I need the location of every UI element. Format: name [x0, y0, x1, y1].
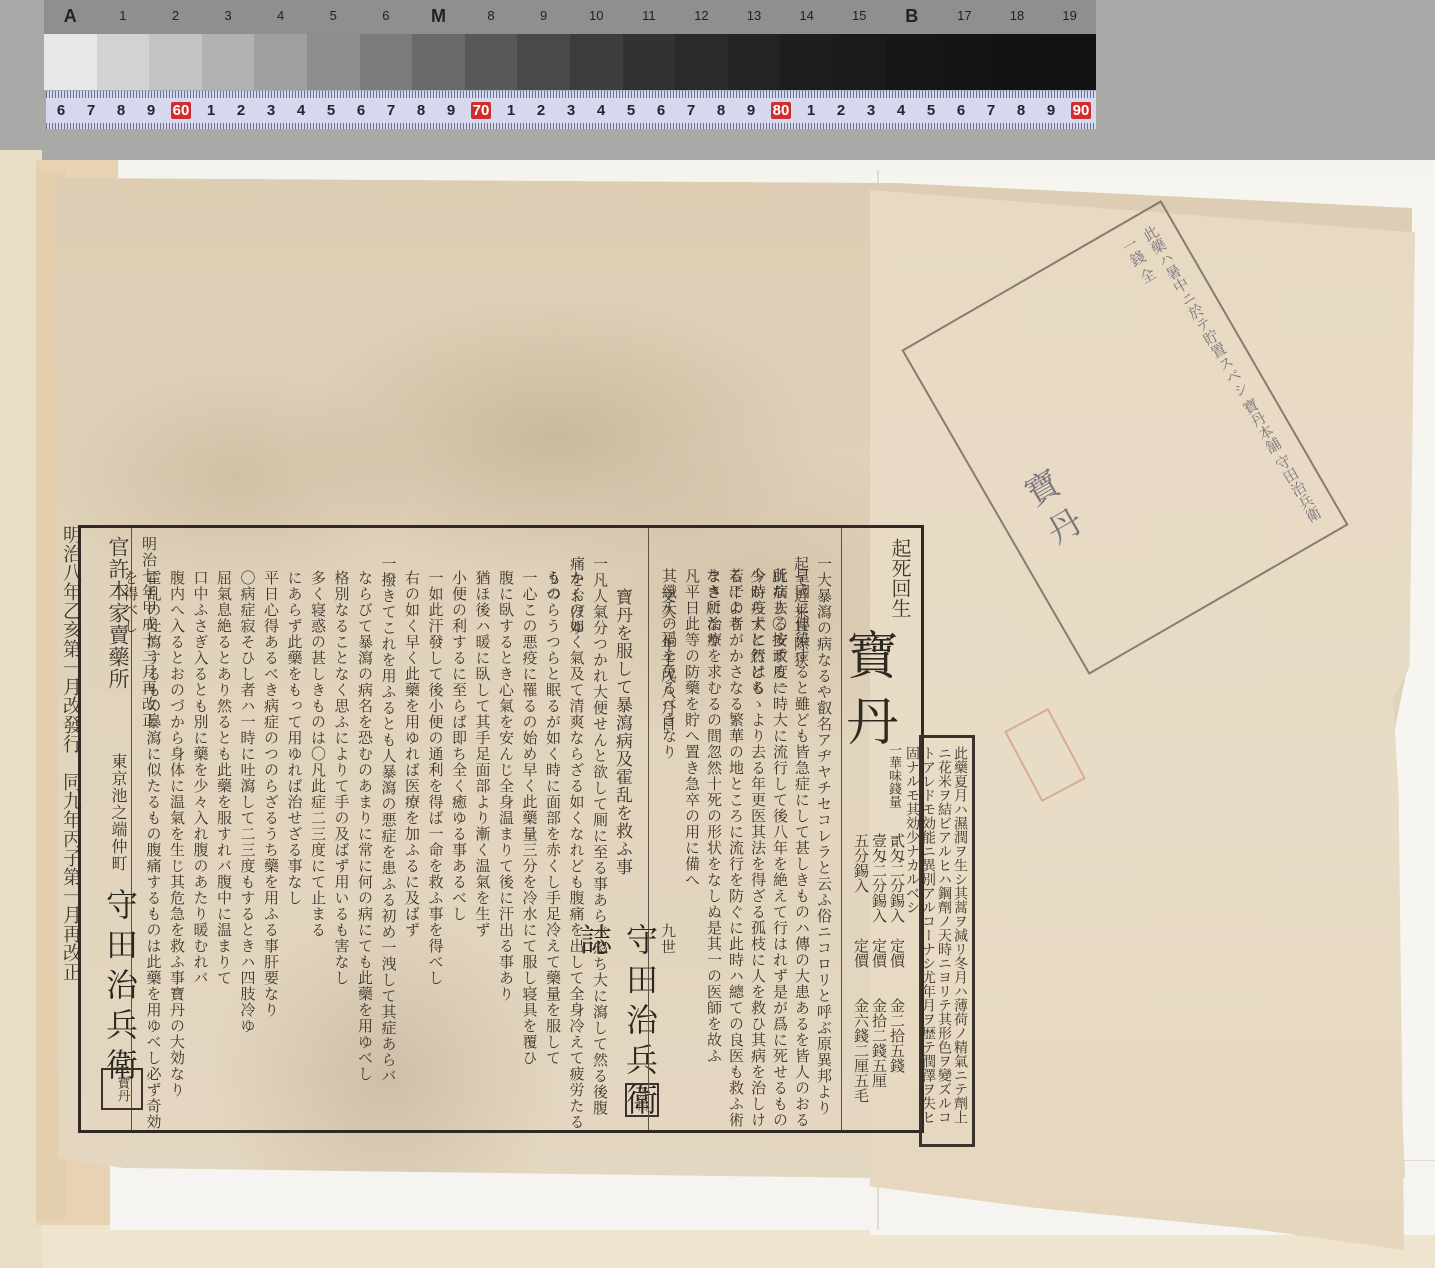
patch-label: 9: [517, 0, 570, 34]
ruler-number-text: 9: [147, 102, 155, 119]
patch-label: 2: [149, 0, 202, 34]
patch-label: 14: [780, 0, 833, 34]
ruler-number-text: 4: [897, 102, 905, 119]
ruler-number-text: 5: [627, 102, 635, 119]
instruction-column: 腹に臥するとき心氣を安んじ全身温まりて後に汗出る事あり: [494, 570, 517, 1130]
ruler-number: 1: [496, 102, 526, 119]
storage-notice-text: 此藥夏月ハ濕潤ヲ生シ其蒿ヲ減リ冬月ハ薄荷ノ精氣ニテ劑上ニ花米ヲ結ビアルヒハ鋼劑ノ…: [904, 746, 968, 1136]
patch-labels-row: A123456M89101112131415B171819: [44, 0, 1096, 34]
date-line: 文久二年壬戌八月日: [658, 588, 679, 732]
price-label-3: 定價: [888, 938, 905, 968]
ruler-number-text: 9: [1047, 102, 1055, 119]
gray-patch: [254, 34, 307, 90]
instruction-column: 右の如く早く此藥を用ゆれば医療を加ふるに及ばず: [400, 570, 423, 1130]
gray-patch: [570, 34, 623, 90]
patch-label: 11: [623, 0, 676, 34]
gray-patch: [360, 34, 413, 90]
dosage-line-1: 五分錫入: [852, 833, 869, 893]
ruler-number: 8: [406, 102, 436, 119]
ruler-number: 8: [106, 102, 136, 119]
gray-patch: [675, 34, 728, 90]
ruler-number: 7: [76, 102, 106, 119]
ruler-number-text: 3: [567, 102, 575, 119]
ruler-number: 4: [586, 102, 616, 119]
instruction-column: にあらず此藥をもって用ゆれば治せざる事なし: [283, 570, 306, 1130]
instruction-column: 一心この悪疫に罹るの始め早く此藥量三分を冷水にて服し寝具を覆ひ: [518, 570, 541, 1130]
ruler-number: 60: [166, 102, 196, 119]
ruler-number: 1: [796, 102, 826, 119]
ruler-number-text: 7: [987, 102, 995, 119]
ruler-number-text: 5: [927, 102, 935, 119]
ruler-number: 5: [616, 102, 646, 119]
gray-patch: [307, 34, 360, 90]
ruler-number-text: 2: [537, 102, 545, 119]
ruler-number-text: 5: [327, 102, 335, 119]
ruler-number-text: 9: [747, 102, 755, 119]
dosage-line-3: 貳匁二分錫入: [888, 833, 905, 923]
gray-patch: [412, 34, 465, 90]
ruler-number-text: 3: [867, 102, 875, 119]
gray-patch: [833, 34, 886, 90]
ruler-number: 7: [976, 102, 1006, 119]
ruler-number: 9: [436, 102, 466, 119]
gray-patch: [938, 34, 991, 90]
ruler-number-text: 8: [417, 102, 425, 119]
storage-notice-box: 此藥夏月ハ濕潤ヲ生シ其蒿ヲ減リ冬月ハ薄荷ノ精氣ニテ劑上ニ花米ヲ結ビアルヒハ鋼劑ノ…: [919, 735, 975, 1147]
ruler-number: 7: [376, 102, 406, 119]
dosage-line-2: 壹匁二分錫入: [870, 833, 887, 923]
ruler-number: 8: [1006, 102, 1036, 119]
gray-patch: [465, 34, 518, 90]
printed-advertisement-frame: 起死回生 寶丹 一華味錢量 五分錫入 壹匁二分錫入 貳匁二分錫入 定價 定價 定…: [78, 525, 924, 1133]
instruction-column: 〇病症寂そひし者ハ一時に吐瀉して二三度もするときハ四肢冷ゆ: [236, 570, 259, 1130]
instruction-column: 格別なることなく思ふによりて手の及ばず用いるも害なし: [330, 570, 353, 1130]
price-label-1: 定價: [852, 938, 869, 968]
gray-patch: [991, 34, 1044, 90]
ruler-number: 2: [526, 102, 556, 119]
gray-patch: [780, 34, 833, 90]
patch-label: 4: [254, 0, 307, 34]
ruler-number-text: 6: [657, 102, 665, 119]
ruler-number-text: 7: [87, 102, 95, 119]
ruler-number-text: 70: [471, 102, 492, 119]
ruler-number-text: 2: [237, 102, 245, 119]
section-divider: [648, 528, 649, 1130]
instruction-column: うつらうつらと眠るが如く時に面部を赤くし手足冷えて藥量を服して: [541, 570, 564, 1130]
price-label-2: 定價: [870, 938, 887, 968]
ruler-number-text: 1: [807, 102, 815, 119]
price-value-2: 金拾二錢五厘: [870, 998, 887, 1088]
gray-scale-patches: [44, 34, 1096, 90]
ruler-number: 70: [466, 102, 496, 119]
author-seal: 宗円: [625, 1083, 659, 1117]
ruler-number-text: 8: [117, 102, 125, 119]
instruction-column: 平日心得あるべき病症のつのらざるうち藥を用ふる事肝要なり: [259, 570, 282, 1130]
ruler-number: 7: [676, 102, 706, 119]
instruction-column: 口中ふさぎ入るとも別に藥を少々入れ腹のあたり暖むれバ: [189, 570, 212, 1130]
instruction-column: 一撥きてこれを用ふるとも人暴瀉の悪症を患ふる初め一洩して其症あらバ: [377, 556, 400, 1116]
ruler-number: 3: [556, 102, 586, 119]
instruction-column: 霍乱の吐瀉するもの暴瀉に似たるもの腹痛するものは此藥を用ゆべし必ず奇効を得べし: [119, 570, 165, 1130]
price-value-3: 金二拾五錢: [888, 998, 905, 1073]
dosage-heading: 一華味錢量: [884, 743, 903, 808]
gray-patch: [886, 34, 939, 90]
ruler-number-text: 8: [717, 102, 725, 119]
ruler-number-text: 6: [957, 102, 965, 119]
ruler-number: 4: [886, 102, 916, 119]
patch-label: 3: [202, 0, 255, 34]
ruler-number-text: 3: [267, 102, 275, 119]
ruler-number: 2: [226, 102, 256, 119]
patch-label: B: [886, 0, 939, 34]
ruler-number: 8: [706, 102, 736, 119]
ruler-number-text: 6: [357, 102, 365, 119]
patch-label: 18: [991, 0, 1044, 34]
patch-label: 5: [307, 0, 360, 34]
instructions-heading: 寶丹を服して暴瀉病及霍乱を救ふ事: [610, 588, 633, 1048]
instruction-column: 腹内へ入るとおのづから身体に温氣を生じ其危急を救ふ事寶丹の大効なり: [165, 570, 188, 1130]
instruction-column: 一如此汗發して後小便の通利を得ば一命を救ふ事を得べし: [424, 570, 447, 1130]
product-title: 寶丹: [830, 628, 905, 760]
ruler-number: 3: [256, 102, 286, 119]
patch-label: 10: [570, 0, 623, 34]
measurement-ruler: 678960123456789701234567898012345678990: [46, 90, 1096, 130]
ruler-number: 80: [766, 102, 796, 119]
gray-patch: [149, 34, 202, 90]
title-subtitle: 起死回生: [887, 538, 913, 618]
ruler-number-text: 60: [171, 102, 192, 119]
ruler-number-text: 1: [207, 102, 215, 119]
instruction-column: 屈氣息絶るとあり然るとも此藥を服すれバ腹中に温まりて: [212, 570, 235, 1130]
ruler-number: 6: [46, 102, 76, 119]
ruler-number-text: 90: [1071, 102, 1092, 119]
patch-label: 8: [465, 0, 518, 34]
ruler-number-text: 8: [1017, 102, 1025, 119]
intro-column-6: まさに治療を求むるの間忽然十死の形状をなしぬ是其一の医師を故ふ: [702, 568, 725, 1128]
ruler-number-text: 6: [57, 102, 65, 119]
ruler-number-text: 4: [297, 102, 305, 119]
ruler-number: 4: [286, 102, 316, 119]
instruction-column: ならびて暴瀉の病名を恐むのあまりに常に何の病にても此藥を用ゆべし: [353, 570, 376, 1130]
patch-label: 13: [728, 0, 781, 34]
price-value-1: 金六錢二厘五毛: [852, 998, 869, 1103]
ruler-number: 1: [196, 102, 226, 119]
ruler-number-text: 2: [837, 102, 845, 119]
ruler-number-text: 80: [771, 102, 792, 119]
instruction-column: 小便の利するに至らば即ち全く癒ゆる事あるべし: [447, 570, 470, 1130]
patch-label: M: [412, 0, 465, 34]
instruction-column: 猶ほ後ハ暖に臥して其手足面部より漸く温氣を生ず: [471, 570, 494, 1130]
patch-label: 6: [360, 0, 413, 34]
patch-label: 1: [97, 0, 150, 34]
gray-patch: [623, 34, 676, 90]
patch-label: 19: [1043, 0, 1096, 34]
patch-label: A: [44, 0, 97, 34]
gray-patch: [44, 34, 97, 90]
ruler-number-text: 7: [387, 102, 395, 119]
ruler-number-text: 4: [597, 102, 605, 119]
gray-patch: [202, 34, 255, 90]
ruler-number: 2: [826, 102, 856, 119]
ruler-number: 6: [646, 102, 676, 119]
patch-label: 17: [938, 0, 991, 34]
patch-label: 12: [675, 0, 728, 34]
ruler-number: 5: [316, 102, 346, 119]
ruler-number-text: 9: [447, 102, 455, 119]
instruction-column: 多く寝惑の甚しきものは〇凡此症二三度にて止まる: [306, 570, 329, 1130]
gray-patch: [1043, 34, 1096, 90]
ruler-number: 90: [1066, 102, 1096, 119]
ruler-number: 6: [346, 102, 376, 119]
ruler-number-text: 7: [687, 102, 695, 119]
gray-patch: [517, 34, 570, 90]
patch-label: 15: [833, 0, 886, 34]
color-calibration-target: A123456M89101112131415B171819 6789601234…: [44, 0, 1096, 132]
ruler-number: 9: [736, 102, 766, 119]
ruler-number: 3: [856, 102, 886, 119]
ruler-number: 9: [1036, 102, 1066, 119]
ruler-number-text: 1: [507, 102, 515, 119]
ruler-number: 9: [136, 102, 166, 119]
ruler-number: 5: [916, 102, 946, 119]
ruler-number: 6: [946, 102, 976, 119]
faded-label-title: 寶丹: [1010, 462, 1096, 563]
gray-patch: [97, 34, 150, 90]
gray-patch: [728, 34, 781, 90]
